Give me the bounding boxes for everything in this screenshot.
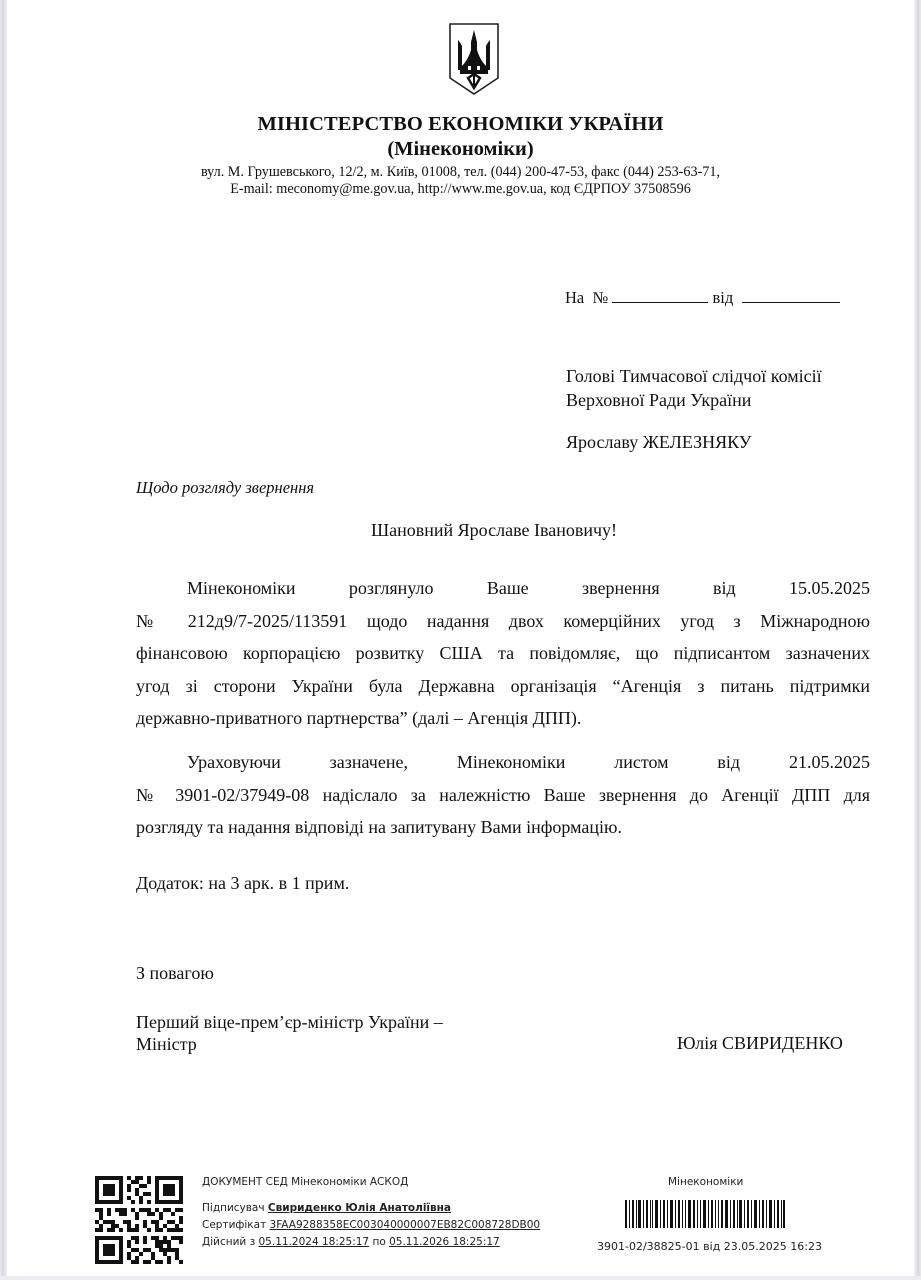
letter-subject: Щодо розгляду звернення <box>136 478 314 498</box>
reference-from-label: від <box>712 288 733 307</box>
paragraph-line: угод зі сторони України була Державна ор… <box>136 670 870 703</box>
paragraph-line: фінансовою корпорацією розвитку США та п… <box>136 637 870 670</box>
barcode-icon <box>625 1200 785 1228</box>
signer-name: Юлія СВИРИДЕНКО <box>677 1033 843 1054</box>
paragraph-line: Ураховуючи зазначене, Мінекономіки листо… <box>136 746 870 779</box>
e-signature-certificate: Сертифікат 3FAA9288358EC003040000007EB82… <box>202 1219 540 1231</box>
reference-prefix: На № <box>565 288 608 307</box>
addressee-line1: Голові Тимчасової слідчої комісії <box>566 364 822 388</box>
reference-number-blank <box>612 288 708 303</box>
e-signature-signer: Підписувач Свириденко Юлія Анатоліївна <box>202 1202 451 1214</box>
attachment-note: Додаток: на 3 арк. в 1 прим. <box>136 873 349 894</box>
paragraph-line: державно-приватного партнерства” (далі –… <box>136 702 870 735</box>
paragraph-line: № 212д9/7-2025/113591 щодо надання двох … <box>136 605 870 638</box>
addressee-line2: Верховної Ради України <box>566 388 822 412</box>
registration-organization: Мінекономіки <box>668 1176 743 1188</box>
e-signature-validity: Дійсний з 05.11.2024 18:25:17 по 05.11.2… <box>202 1236 500 1248</box>
paragraph-line: № 3901-02/37949-08 надіслало за належніс… <box>136 779 870 812</box>
reference-date-blank <box>742 288 840 303</box>
ministry-address: вул. М. Грушевського, 12/2, м. Київ, 010… <box>0 164 921 181</box>
certificate-id: 3FAA9288358EC003040000007EB82C008728DB00 <box>270 1219 541 1231</box>
ministry-contacts: E-mail: meconomy@me.gov.ua, http://www.m… <box>0 181 921 198</box>
paragraph-line: розгляду та надання відповіді на запитув… <box>136 811 870 844</box>
qr-code-icon <box>95 1175 183 1265</box>
signer-full-name: Свириденко Юлія Анатоліївна <box>268 1202 451 1214</box>
body-paragraph-2: Ураховуючи зазначене, Мінекономіки листо… <box>136 746 870 844</box>
valid-from-date: 05.11.2024 18:25:17 <box>259 1236 370 1248</box>
e-signature-stamp-title: ДОКУМЕНТ СЕД Мінекономіки АСКОД <box>202 1176 408 1188</box>
reference-line: На № від <box>565 288 840 308</box>
registration-number: 3901-02/38825-01 від 23.05.2025 16:23 <box>597 1240 822 1253</box>
ministry-title: МІНІСТЕРСТВО ЕКОНОМІКИ УКРАЇНИ <box>0 113 921 136</box>
ministry-short-name: (Мінекономіки) <box>0 138 921 161</box>
page-edge-bottom <box>0 1276 921 1280</box>
closing-regards: З повагою <box>136 963 214 984</box>
paragraph-line: Мінекономіки розглянуло Ваше звернення в… <box>136 572 870 605</box>
coat-of-arms-trident-icon <box>446 20 502 98</box>
signer-title: Перший віце-прем’єр-міністр України – Мі… <box>136 1011 443 1055</box>
body-paragraph-1: Мінекономіки розглянуло Ваше звернення в… <box>136 572 870 735</box>
addressee-name: Ярославу ЖЕЛЕЗНЯКУ <box>566 432 752 453</box>
valid-to-date: 05.11.2026 18:25:17 <box>389 1236 500 1248</box>
addressee-block: Голові Тимчасової слідчої комісії Верхов… <box>566 364 822 412</box>
